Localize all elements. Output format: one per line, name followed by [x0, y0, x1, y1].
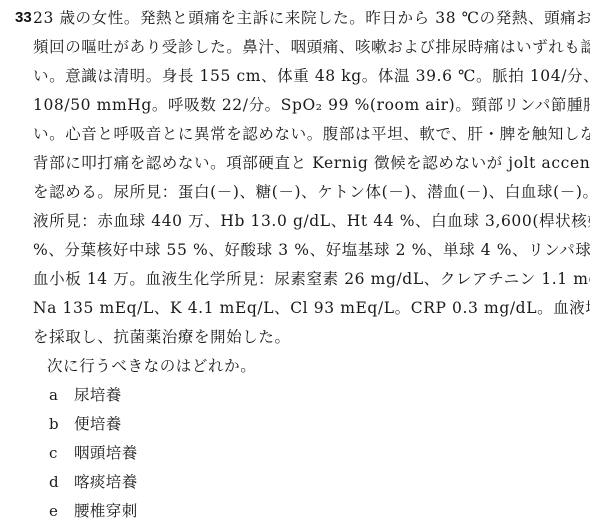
choice-text: 咽頭培養	[74, 443, 138, 463]
choice-e[interactable]: e 腰椎穿刺	[49, 501, 138, 521]
stem-line-7: を認める。尿所見：蛋白(－)、糖(－)、ケトン体(－)、潜血(－)、白血球(－)…	[33, 182, 585, 202]
choice-text: 腰椎穿刺	[74, 501, 138, 521]
stem-line-4: 108/50 mmHg。呼吸数 22/分。SpO₂ 99 %(room air)…	[33, 95, 585, 115]
choice-letter: a	[49, 385, 74, 405]
choice-d[interactable]: d 喀痰培養	[49, 472, 138, 492]
choice-letter: c	[49, 443, 74, 463]
choice-letter: e	[49, 501, 74, 521]
choice-letter: b	[49, 414, 74, 434]
choice-text: 尿培養	[74, 385, 122, 405]
choice-b[interactable]: b 便培養	[49, 414, 122, 434]
choice-a[interactable]: a 尿培養	[49, 385, 122, 405]
stem-line-11: Na 135 mEq/L、K 4.1 mEq/L、Cl 93 mEq/L。CRP…	[33, 298, 585, 318]
stem-line-6: 背部に叩打痛を認めない。項部硬直と Kernig 徴候を認めないが jolt a…	[33, 153, 585, 173]
stem-line-5: い。心音と呼吸音とに異常を認めない。腹部は平坦、軟で、肝・脾を触知しない。	[33, 124, 585, 144]
choice-text: 便培養	[74, 414, 122, 434]
choice-text: 喀痰培養	[74, 472, 138, 492]
stem-line-8: 液所見：赤血球 440 万、Hb 13.0 g/dL、Ht 44 %、白血球 3…	[33, 211, 585, 231]
stem-line-2: 頻回の嘔吐があり受診した。鼻汁、咽頭痛、咳嗽および排尿時痛はいずれも認めな	[33, 37, 585, 57]
question-number: 33	[15, 8, 32, 28]
stem-line-10: 血小板 14 万。血液生化学所見：尿素窒素 26 mg/dL、クレアチニン 1.…	[33, 269, 585, 289]
stem-line-12: を採取し、抗菌薬治療を開始した。	[33, 327, 585, 347]
stem-line-1: 23 歳の女性。発熱と頭痛を主訴に来院した。昨日から 38 ℃の発熱、頭痛および	[33, 8, 585, 28]
stem-line-3: い。意識は清明。身長 155 cm、体重 48 kg。体温 39.6 ℃。脈拍 …	[33, 66, 585, 86]
stem-line-9: %、分葉核好中球 55 %、好酸球 3 %、好塩基球 2 %、単球 4 %、リン…	[33, 240, 585, 260]
choice-c[interactable]: c 咽頭培養	[49, 443, 138, 463]
choice-letter: d	[49, 472, 74, 492]
question-prompt: 次に行うべきなのはどれか。	[47, 356, 256, 376]
